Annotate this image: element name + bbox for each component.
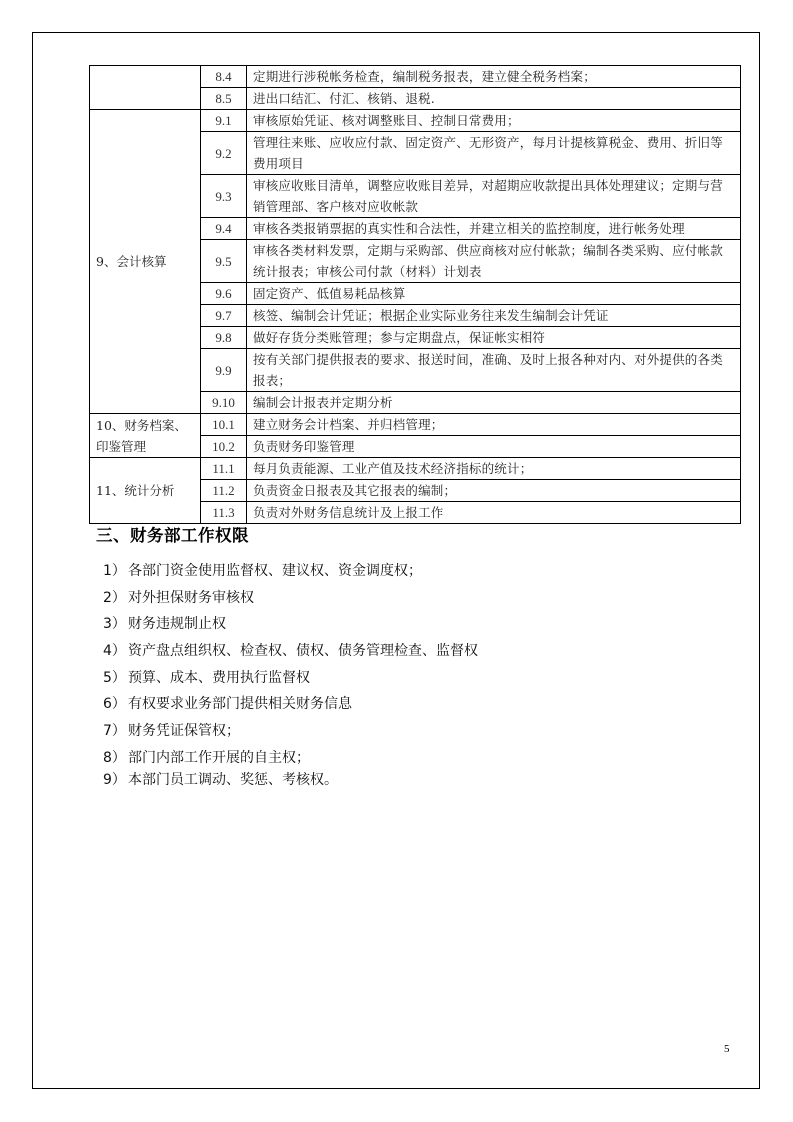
item-description: 每月负责能源、工业产值及技术经济指标的统计； — [247, 458, 741, 480]
list-text: 本部门员工调动、奖惩、考核权。 — [128, 770, 338, 797]
list-item: 9）本部门员工调动、奖惩、考核权。 — [103, 770, 478, 797]
item-description: 编制会计报表并定期分析 — [247, 392, 741, 414]
item-description: 负责财务印鉴管理 — [247, 436, 741, 458]
section-title: 三、财务部工作权限 — [96, 522, 249, 546]
list-item: 1）各部门资金使用监督权、建议权、资金调度权； — [103, 561, 478, 588]
item-description: 审核原始凭证、核对调整账目、控制日常费用； — [247, 110, 741, 132]
list-number: 8） — [103, 748, 128, 770]
list-text: 有权要求业务部门提供相关财务信息 — [128, 694, 352, 721]
item-number: 11.1 — [201, 458, 247, 480]
item-description: 审核各类材料发票，定期与采购部、供应商核对应付帐款；编制各类采购、应付帐款统计报… — [247, 240, 741, 283]
item-number: 8.5 — [201, 88, 247, 110]
page-number: 5 — [724, 1043, 730, 1055]
item-description: 审核各类报销票据的真实性和合法性，并建立相关的监控制度，进行帐务处理 — [247, 218, 741, 240]
list-text: 各部门资金使用监督权、建议权、资金调度权； — [128, 561, 422, 588]
table-row: 8.4 定期进行涉税帐务检查，编制税务报表，建立健全税务档案； — [90, 66, 741, 88]
item-description: 管理往来账、应收应付款、固定资产、无形资产，每月计提核算税金、费用、折旧等费用项… — [247, 132, 741, 175]
item-description: 负责对外财务信息统计及上报工作 — [247, 502, 741, 524]
item-description: 建立财务会计档案、并归档管理； — [247, 414, 741, 436]
list-text: 财务违规制止权 — [128, 614, 226, 641]
table-row: 11、统计分析 11.1 每月负责能源、工业产值及技术经济指标的统计； — [90, 458, 741, 480]
item-description: 按有关部门提供报表的要求、报送时间，准确、及时上报各种对内、对外提供的各类报表； — [247, 349, 741, 392]
list-text: 资产盘点组织权、检查权、债权、债务管理检查、监督权 — [128, 641, 478, 668]
item-number: 9.6 — [201, 283, 247, 305]
list-number: 6） — [103, 694, 128, 721]
duties-table: 8.4 定期进行涉税帐务检查，编制税务报表，建立健全税务档案； 8.5 进出口结… — [89, 65, 741, 524]
item-number: 10.2 — [201, 436, 247, 458]
item-number: 9.9 — [201, 349, 247, 392]
list-number: 5） — [103, 668, 128, 695]
list-text: 财务凭证保管权； — [128, 721, 240, 748]
list-item: 6）有权要求业务部门提供相关财务信息 — [103, 694, 478, 721]
table-row: 10、财务档案、印鉴管理 10.1 建立财务会计档案、并归档管理； — [90, 414, 741, 436]
list-item: 3）财务违规制止权 — [103, 614, 478, 641]
item-description: 固定资产、低值易耗品核算 — [247, 283, 741, 305]
item-number: 9.5 — [201, 240, 247, 283]
item-number: 9.10 — [201, 392, 247, 414]
category-cell: 9、会计核算 — [90, 110, 201, 414]
item-number: 9.8 — [201, 327, 247, 349]
item-description: 做好存货分类账管理；参与定期盘点，保证帐实相符 — [247, 327, 741, 349]
list-number: 1） — [103, 561, 128, 588]
item-number: 9.1 — [201, 110, 247, 132]
category-cell: 10、财务档案、印鉴管理 — [90, 414, 201, 458]
item-number: 11.2 — [201, 480, 247, 502]
list-number: 7） — [103, 721, 128, 748]
list-item: 4）资产盘点组织权、检查权、债权、债务管理检查、监督权 — [103, 641, 478, 668]
list-text: 预算、成本、费用执行监督权 — [128, 668, 310, 695]
item-description: 核签、编制会计凭证；根据企业实际业务往来发生编制会计凭证 — [247, 305, 741, 327]
item-description: 审核应收账目清单，调整应收账目差异，对超期应收款提出具体处理建议；定期与营销管理… — [247, 175, 741, 218]
list-number: 2） — [103, 588, 128, 615]
category-cell — [90, 66, 201, 110]
table-row: 9、会计核算 9.1 审核原始凭证、核对调整账目、控制日常费用； — [90, 110, 741, 132]
item-number: 9.3 — [201, 175, 247, 218]
list-item: 8）部门内部工作开展的自主权； — [103, 748, 478, 770]
item-number: 9.4 — [201, 218, 247, 240]
list-number: 3） — [103, 614, 128, 641]
list-text: 对外担保财务审核权 — [128, 588, 254, 615]
item-description: 进出口结汇、付汇、核销、退税. — [247, 88, 741, 110]
item-number: 10.1 — [201, 414, 247, 436]
item-number: 8.4 — [201, 66, 247, 88]
list-item: 7）财务凭证保管权； — [103, 721, 478, 748]
item-number: 9.2 — [201, 132, 247, 175]
list-item: 2）对外担保财务审核权 — [103, 588, 478, 615]
list-item: 5）预算、成本、费用执行监督权 — [103, 668, 478, 695]
list-number: 4） — [103, 641, 128, 668]
item-description: 负责资金日报表及其它报表的编制； — [247, 480, 741, 502]
list-text: 部门内部工作开展的自主权； — [128, 748, 310, 770]
item-number: 9.7 — [201, 305, 247, 327]
item-number: 11.3 — [201, 502, 247, 524]
list-number: 9） — [103, 770, 128, 797]
item-description: 定期进行涉税帐务检查，编制税务报表，建立健全税务档案； — [247, 66, 741, 88]
category-cell: 11、统计分析 — [90, 458, 201, 524]
rights-list: 1）各部门资金使用监督权、建议权、资金调度权； 2）对外担保财务审核权 3）财务… — [103, 561, 478, 797]
